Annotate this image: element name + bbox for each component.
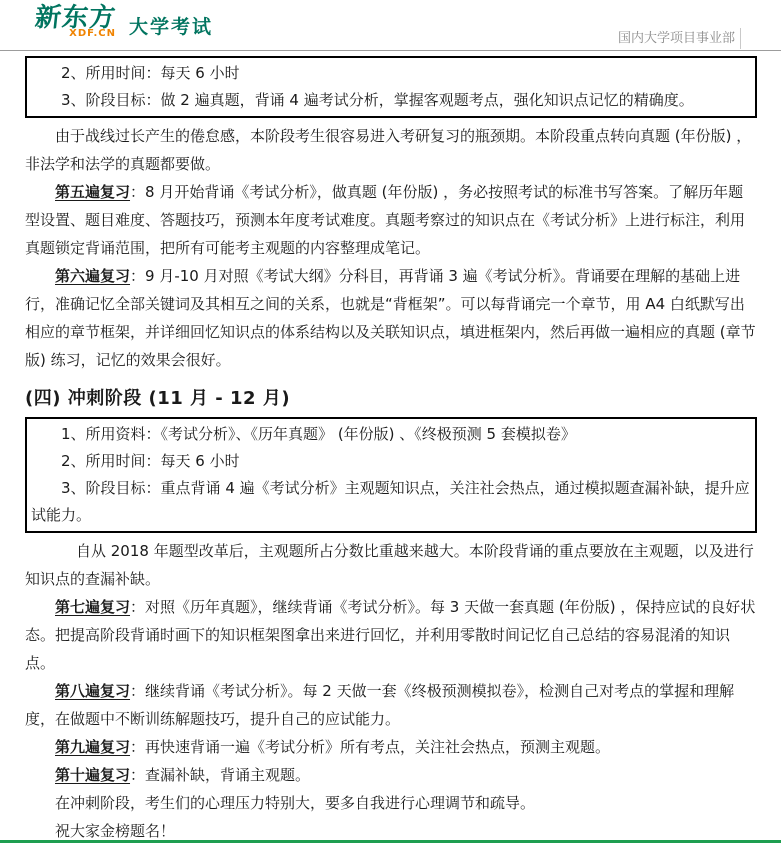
document-body: 2、所用时间：每天 6 小时 3、阶段目标：做 2 遍真题，背诵 4 遍考试分析… [0, 56, 781, 843]
paragraph-text: ：查漏补缺，背诵主观题。 [130, 766, 310, 784]
paragraph-text: 由于战线过长产生的倦怠感，本阶段考生很容易进入考研复习的瓶颈期。本阶段重点转向真… [25, 127, 751, 173]
box-line: 2、所用时间：每天 6 小时 [31, 60, 751, 87]
xdf-logo: 新东方 XDF.CN [35, 5, 116, 39]
paragraph-text: 祝大家金榜题名！ [55, 822, 175, 840]
paragraph-intro: 由于战线过长产生的倦怠感，本阶段考生很容易进入考研复习的瓶颈期。本阶段重点转向真… [25, 122, 757, 178]
paragraph-text: 在冲刺阶段，考生们的心理压力特别大，要多自我进行心理调节和疏导。 [55, 794, 535, 812]
review-6-lead: 第六遍复习 [55, 267, 130, 285]
paragraph-sprint-intro: 自从 2018 年题型改革后，主观题所占分数比重越来越大。本阶段背诵的重点要放在… [25, 537, 757, 593]
paragraph-review-10: 第十遍复习：查漏补缺，背诵主观题。 [25, 761, 757, 789]
paragraph-review-5: 第五遍复习：8 月开始背诵《考试分析》，做真题 (年份版) ，务必按照考试的标准… [25, 178, 757, 262]
box-line: 1、所用资料：《考试分析》、《历年真题》 (年份版) 、《终极预测 5 套模拟卷… [31, 421, 751, 448]
brand-logo: 新东方 XDF.CN 大学考试 [35, 5, 213, 39]
box-line: 3、阶段目标：做 2 遍真题，背诵 4 遍考试分析，掌握客观题考点，强化知识点记… [31, 87, 751, 114]
page-header: 新东方 XDF.CN 大学考试 国内大学项目事业部 [0, 0, 781, 51]
paragraph-review-8: 第八遍复习：继续背诵《考试分析》。每 2 天做一套《终极预测模拟卷》，检测自己对… [25, 677, 757, 733]
paragraph-text: ：继续背诵《考试分析》。每 2 天做一套《终极预测模拟卷》，检测自己对考点的掌握… [25, 682, 734, 728]
review-7-lead: 第七遍复习 [55, 598, 130, 616]
paragraph-review-6: 第六遍复习：9 月-10 月对照《考试大纲》分科目，再背诵 3 遍《考试分析》。… [25, 262, 757, 374]
stage3-info-box: 2、所用时间：每天 6 小时 3、阶段目标：做 2 遍真题，背诵 4 遍考试分析… [25, 56, 757, 118]
product-title: 大学考试 [129, 12, 213, 39]
review-5-lead: 第五遍复习 [55, 183, 130, 201]
paragraph-mental-health: 在冲刺阶段，考生们的心理压力特别大，要多自我进行心理调节和疏导。 [25, 789, 757, 817]
document-page: 新东方 XDF.CN 大学考试 国内大学项目事业部 2、所用时间：每天 6 小时… [0, 0, 781, 843]
review-8-lead: 第八遍复习 [55, 682, 130, 700]
brand-name: 新东方 [34, 5, 118, 32]
paragraph-text: ：再快速背诵一遍《考试分析》所有考点，关注社会热点，预测主观题。 [130, 738, 610, 756]
paragraph-review-9: 第九遍复习：再快速背诵一遍《考试分析》所有考点，关注社会热点，预测主观题。 [25, 733, 757, 761]
department-label: 国内大学项目事业部 [618, 28, 741, 49]
box-line: 3、阶段目标：重点背诵 4 遍《考试分析》主观题知识点，关注社会热点，通过模拟题… [31, 475, 751, 529]
paragraph-review-7: 第七遍复习：对照《历年真题》，继续背诵《考试分析》。每 3 天做一套真题 (年份… [25, 593, 757, 677]
review-9-lead: 第九遍复习 [55, 738, 130, 756]
section-heading-sprint: (四) 冲刺阶段 (11 月 - 12 月) [25, 384, 757, 410]
paragraph-text: 自从 2018 年题型改革后，主观题所占分数比重越来越大。本阶段背诵的重点要放在… [25, 542, 754, 588]
box-line: 2、所用时间：每天 6 小时 [31, 448, 751, 475]
review-10-lead: 第十遍复习 [55, 766, 130, 784]
paragraph-text: ：8 月开始背诵《考试分析》，做真题 (年份版) ，务必按照考试的标准书写答案。… [25, 183, 745, 257]
paragraph-text: ：9 月-10 月对照《考试大纲》分科目，再背诵 3 遍《考试分析》。背诵要在理… [25, 267, 756, 369]
paragraph-text: ：对照《历年真题》，继续背诵《考试分析》。每 3 天做一套真题 (年份版) ，保… [25, 598, 755, 672]
sprint-info-box: 1、所用资料：《考试分析》、《历年真题》 (年份版) 、《终极预测 5 套模拟卷… [25, 417, 757, 533]
